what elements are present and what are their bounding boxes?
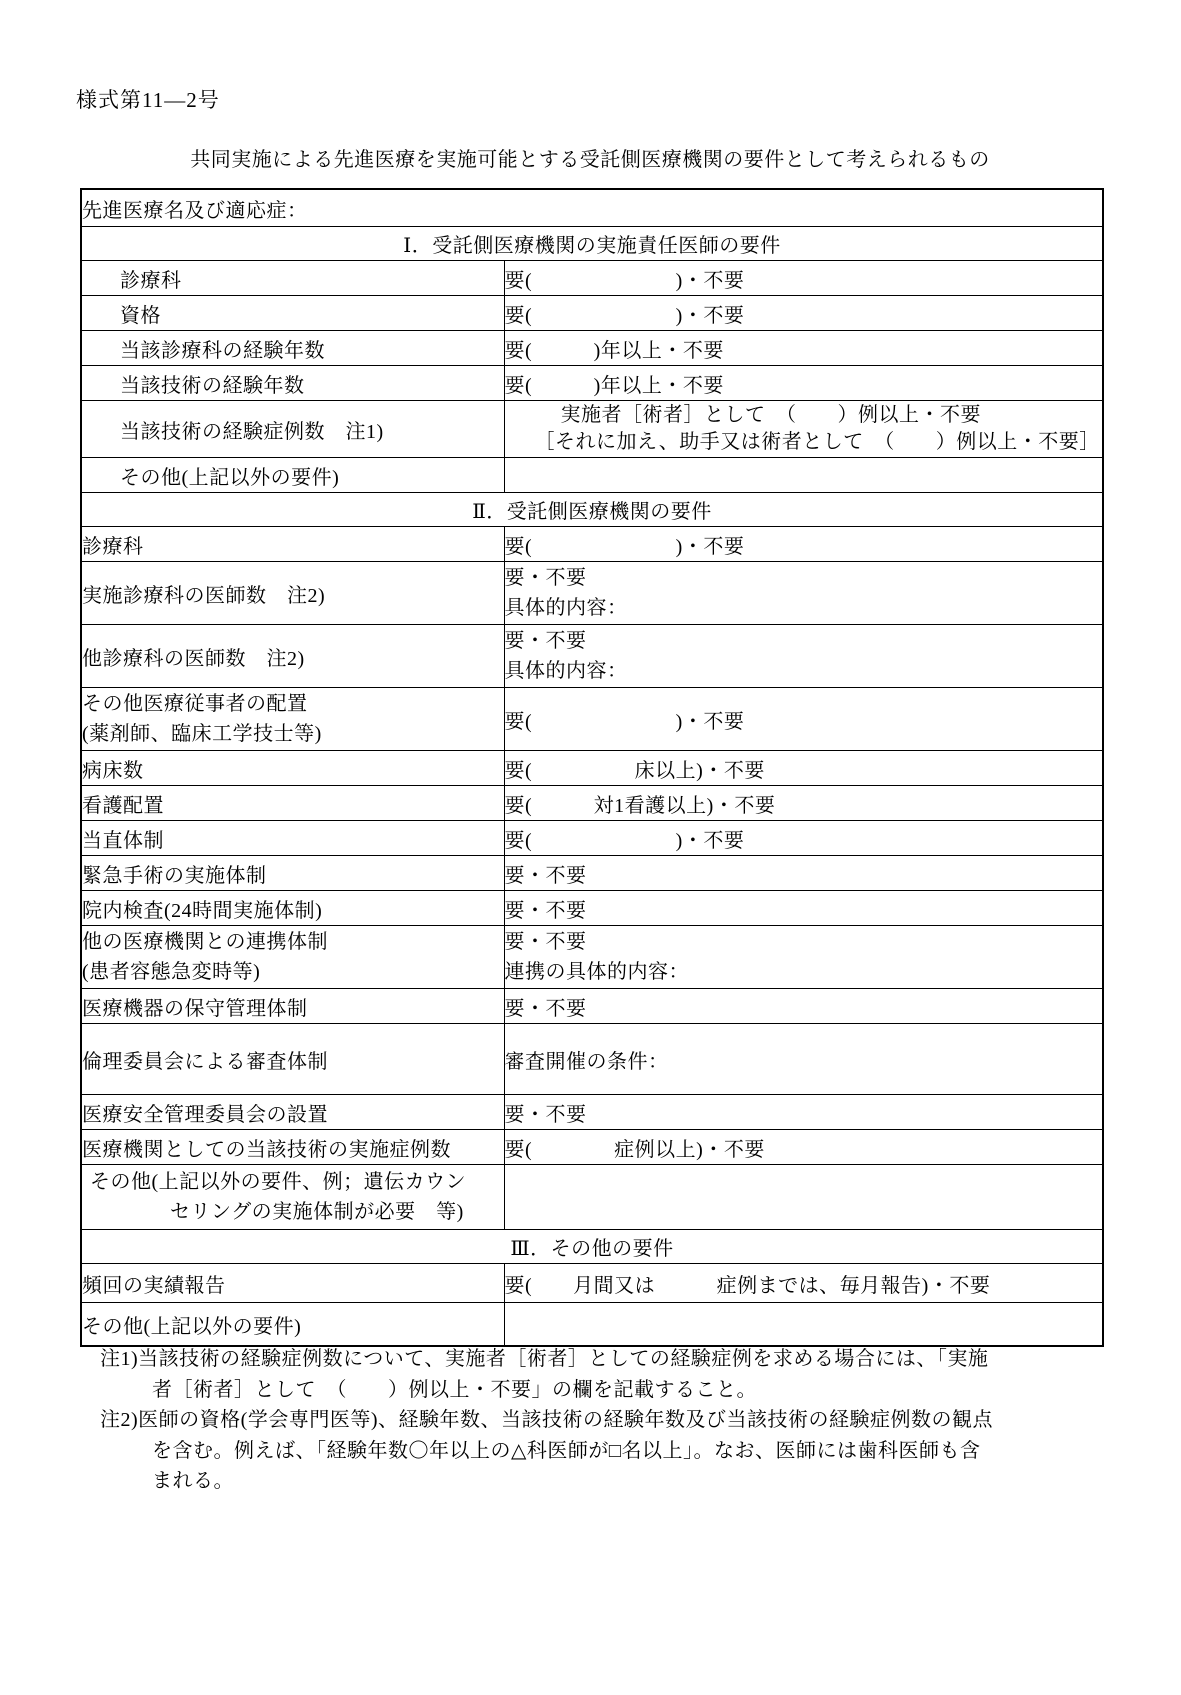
table-row: 当該技術の経験年数 要( )年以上・不要	[81, 366, 1103, 401]
row-label: 実施診療科の医師数 注2)	[81, 562, 504, 625]
form-number: 様式第11―2号	[76, 84, 220, 114]
section-2-header: Ⅱ．受託側医療機関の要件	[81, 493, 1103, 527]
table-row: その他(上記以外の要件)	[81, 1303, 1103, 1347]
row-label: その他(上記以外の要件)	[81, 458, 504, 493]
row-value: 要( 対1看護以上)・不要	[504, 786, 1103, 821]
row-value: 要( 症例以上)・不要	[504, 1130, 1103, 1165]
row-value-line1: 実施者［術者］として （ ）例以上・不要	[561, 402, 1103, 429]
row-label: 頻回の実績報告	[81, 1264, 504, 1303]
row-value: 審査開催の条件：	[504, 1024, 1103, 1095]
row-label: 医療機器の保守管理体制	[81, 989, 504, 1024]
table-row: 院内検査(24時間実施体制) 要・不要	[81, 891, 1103, 926]
requirements-table: 先進医療名及び適応症： Ⅰ．受託側医療機関の実施責任医師の要件 診療科 要( )…	[80, 188, 1104, 1347]
table-row: 診療科 要( )・不要	[81, 527, 1103, 562]
note1-line2: 者［術者］として （ ）例以上・不要」の欄を記載すること。	[100, 1375, 1140, 1406]
footnotes: 注1)当該技術の経験症例数について、実施者［術者］としての経験症例を求める場合に…	[100, 1344, 1140, 1497]
row-label: 倫理委員会による審査体制	[81, 1024, 504, 1095]
row-label: 医療安全管理委員会の設置	[81, 1095, 504, 1130]
table-row: 他診療科の医師数 注2) 要・不要 具体的内容：	[81, 625, 1103, 688]
table-row: 実施診療科の医師数 注2) 要・不要 具体的内容：	[81, 562, 1103, 625]
table-row: その他(上記以外の要件)	[81, 458, 1103, 493]
table-row: 当直体制 要( )・不要	[81, 821, 1103, 856]
note2-line2: を含む。例えば、「経験年数〇年以上の△科医師が□名以上」。なお、医師には歯科医師…	[100, 1436, 1140, 1467]
table-row: 倫理委員会による審査体制 審査開催の条件：	[81, 1024, 1103, 1095]
row-value: 要( )年以上・不要	[504, 366, 1103, 401]
table-row: 医療機器の保守管理体制 要・不要	[81, 989, 1103, 1024]
table-row: 医療機関としての当該技術の実施症例数 要( 症例以上)・不要	[81, 1130, 1103, 1165]
table-row: 他の医療機関との連携体制 (患者容態急変時等) 要・不要 連携の具体的内容：	[81, 926, 1103, 989]
row-value: 要( )・不要	[504, 527, 1103, 562]
row-label-line2: セリングの実施体制が必要 等)	[170, 1197, 504, 1227]
row-value	[504, 1165, 1103, 1230]
row-label: 病床数	[81, 751, 504, 786]
row-label-line2: (患者容態急変時等)	[82, 957, 504, 987]
row-label-line1: その他(上記以外の要件、例；遺伝カウン	[90, 1167, 504, 1197]
row-label-line2: (薬剤師、臨床工学技士等)	[82, 719, 504, 749]
row-label: 資格	[81, 296, 504, 331]
row-label: 診療科	[81, 527, 504, 562]
table-row: 診療科 要( )・不要	[81, 261, 1103, 296]
table-row: 看護配置 要( 対1看護以上)・不要	[81, 786, 1103, 821]
table-row: 緊急手術の実施体制 要・不要	[81, 856, 1103, 891]
note2-line3: まれる。	[100, 1466, 1140, 1497]
row-label: 診療科	[81, 261, 504, 296]
document-title: 共同実施による先進医療を実施可能とする受託側医療機関の要件として考えられるもの	[40, 143, 1140, 172]
row-value: 要・不要	[504, 989, 1103, 1024]
row-value: 要( )・不要	[504, 688, 1103, 751]
row-label: 当該技術の経験年数	[81, 366, 504, 401]
row-value: 要・不要	[504, 891, 1103, 926]
row-label: その他(上記以外の要件)	[81, 1303, 504, 1347]
row-value: 要( )年以上・不要	[504, 331, 1103, 366]
row-value: 要・不要	[504, 856, 1103, 891]
table-row: 当該診療科の経験年数 要( )年以上・不要	[81, 331, 1103, 366]
row-label: 当該技術の経験症例数 注1)	[81, 401, 504, 458]
row-value-line1: 要・不要	[505, 563, 1103, 593]
table-row: その他医療従事者の配置 (薬剤師、臨床工学技士等) 要( )・不要	[81, 688, 1103, 751]
row-value: 要( 月間又は 症例までは、毎月報告)・不要	[504, 1264, 1103, 1303]
row-value: 要( )・不要	[504, 296, 1103, 331]
row-value: 実施者［術者］として （ ）例以上・不要 ［それに加え、助手又は術者として （ …	[504, 401, 1103, 458]
row-value	[504, 1303, 1103, 1347]
section-1-header: Ⅰ．受託側医療機関の実施責任医師の要件	[81, 227, 1103, 261]
row-value-line2: 具体的内容：	[505, 593, 1103, 623]
table-row: 病床数 要( 床以上)・不要	[81, 751, 1103, 786]
row-label: 他の医療機関との連携体制 (患者容態急変時等)	[81, 926, 504, 989]
row-value-line1: 要・不要	[505, 626, 1103, 656]
row-value-line1: 要・不要	[505, 927, 1103, 957]
row-value: 要・不要	[504, 1095, 1103, 1130]
row-label: その他医療従事者の配置 (薬剤師、臨床工学技士等)	[81, 688, 504, 751]
row-value-line2: 具体的内容：	[505, 656, 1103, 686]
row-label-line1: その他医療従事者の配置	[82, 689, 504, 719]
row-label: その他(上記以外の要件、例；遺伝カウン セリングの実施体制が必要 等)	[81, 1165, 504, 1230]
row-value: 要( 床以上)・不要	[504, 751, 1103, 786]
table-row: 頻回の実績報告 要( 月間又は 症例までは、毎月報告)・不要	[81, 1264, 1103, 1303]
row-label: 看護配置	[81, 786, 504, 821]
row-value-line2: 連携の具体的内容：	[505, 957, 1103, 987]
row-label: 医療機関としての当該技術の実施症例数	[81, 1130, 504, 1165]
note2-line1: 注2)医師の資格(学会専門医等)、経験年数、当該技術の経験年数及び当該技術の経験…	[100, 1405, 1140, 1436]
table-row: 医療安全管理委員会の設置 要・不要	[81, 1095, 1103, 1130]
row-value: 要( )・不要	[504, 261, 1103, 296]
table-row: その他(上記以外の要件、例；遺伝カウン セリングの実施体制が必要 等)	[81, 1165, 1103, 1230]
row-label: 院内検査(24時間実施体制)	[81, 891, 504, 926]
table-row: 先進医療名及び適応症：	[81, 189, 1103, 227]
row-value	[504, 458, 1103, 493]
row-label: 他診療科の医師数 注2)	[81, 625, 504, 688]
advanced-medical-name-field: 先進医療名及び適応症：	[81, 189, 1103, 227]
section-3-header: Ⅲ．その他の要件	[81, 1230, 1103, 1264]
document-page: 様式第11―2号 共同実施による先進医療を実施可能とする受託側医療機関の要件とし…	[0, 0, 1181, 1695]
row-value: 要・不要 具体的内容：	[504, 562, 1103, 625]
row-label: 緊急手術の実施体制	[81, 856, 504, 891]
row-value: 要・不要 連携の具体的内容：	[504, 926, 1103, 989]
row-label-line1: 他の医療機関との連携体制	[82, 927, 504, 957]
section-header-row: Ⅰ．受託側医療機関の実施責任医師の要件	[81, 227, 1103, 261]
note1-line1: 注1)当該技術の経験症例数について、実施者［術者］としての経験症例を求める場合に…	[100, 1344, 1140, 1375]
row-value: 要( )・不要	[504, 821, 1103, 856]
row-value: 要・不要 具体的内容：	[504, 625, 1103, 688]
table-row: 資格 要( )・不要	[81, 296, 1103, 331]
section-header-row: Ⅲ．その他の要件	[81, 1230, 1103, 1264]
row-value-line2: ［それに加え、助手又は術者として （ ）例以上・不要］	[535, 429, 1103, 456]
section-header-row: Ⅱ．受託側医療機関の要件	[81, 493, 1103, 527]
table-row: 当該技術の経験症例数 注1) 実施者［術者］として （ ）例以上・不要 ［それに…	[81, 401, 1103, 458]
row-label: 当該診療科の経験年数	[81, 331, 504, 366]
row-label: 当直体制	[81, 821, 504, 856]
